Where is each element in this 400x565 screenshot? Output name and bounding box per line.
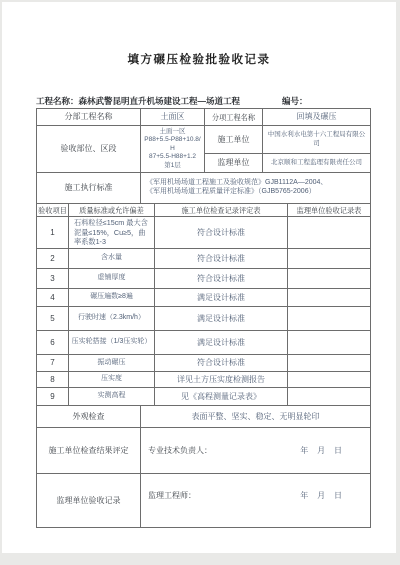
item-standard: 行驶时速（2.3km/h） [69,307,155,331]
item-record: 符合设计标准 [155,269,288,289]
items-header-standard: 质量标准或允许偏差 [69,204,155,217]
paper-sheet: 填方碾压检验批验收记录 工程名称：森林武警昆明直升机场建设工程—场道工程 编号：… [2,2,396,553]
item-standard: 含水量 [69,249,155,269]
footer-table: 外观检查 表面平整、坚实、稳定、无明显轮印 施工单位检查结果评定 专业技术负责人… [36,405,371,528]
item-standard: 压实度 [69,372,155,388]
item-no: 4 [37,289,69,307]
item-standard: 石料粒径≤15cm 最大含泥量≤15%，Cu≥5，曲率系数1-3 [69,217,155,249]
item-record: 符合设计标准 [155,217,288,249]
supervisor-sign-cell: 监理工程师： 年 月 日 [141,474,371,528]
standard-value-cell: 《军用机场场道工程施工及验收规范》GJB1112A—2004、 《军用机场场道工… [141,173,371,204]
table-row: 2 含水量 符合设计标准 [37,249,371,269]
appearance-value-cell: 表面平整、坚实、稳定、无明显轮印 [141,406,371,428]
subdivision-value-cell: 土面区 [141,109,205,126]
item-record: 满足设计标准 [155,289,288,307]
table-row: 5 行驶时速（2.3km/h） 满足设计标准 [37,307,371,331]
item-supervision [288,355,371,372]
table-row: 3 虚铺厚度 符合设计标准 [37,269,371,289]
number-label: 编号： [282,95,370,107]
table-row: 9 实测高程 见《高程测量记录表》 [37,388,371,406]
item-standard: 振动碾压 [69,355,155,372]
item-supervision [288,249,371,269]
item-supervision [288,372,371,388]
items-header-no: 验收项目 [37,204,69,217]
item-value-cell: 回填及碾压 [263,109,371,126]
item-standard: 碾压遍数≥8遍 [69,289,155,307]
item-supervision [288,388,371,406]
document-page: { "page": { "title": "填方碾压检验批验收记录", "pro… [0,0,400,565]
contractor-value-cell: 中国水利水电第十六工程局有限公司 [263,126,371,154]
supervisor-date-placeholder: 年 月 日 [300,491,342,501]
item-supervision [288,289,371,307]
supervisor-label-cell: 监理单位 [205,154,263,173]
item-label-cell: 分项工程名称 [205,109,263,126]
item-standard: 虚铺厚度 [69,269,155,289]
item-record: 满足设计标准 [155,331,288,355]
form-tables: 分部工程名称 土面区 分项工程名称 回填及碾压 验收部位、区段 土面一区 P88… [36,108,370,528]
subdivision-label-cell: 分部工程名称 [37,109,141,126]
contractor-sign-label: 专业技术负责人： [148,446,212,456]
appearance-label-cell: 外观检查 [37,406,141,428]
standard-label-cell: 施工执行标准 [37,173,141,204]
item-record: 符合设计标准 [155,249,288,269]
supervisor-value-cell: 北京顺和工程监理有限责任公司 [263,154,371,173]
item-supervision [288,331,371,355]
item-record: 详见土方压实度检测报告 [155,372,288,388]
item-standard: 实测高程 [69,388,155,406]
item-record: 满足设计标准 [155,307,288,331]
contractor-sign-cell: 专业技术负责人： 年 月 日 [141,428,371,474]
table-row: 6 压实轮搭接（1/3压实轮） 满足设计标准 [37,331,371,355]
items-header-supervision: 监理单位验收记录表 [288,204,371,217]
contractor-label-cell: 施工单位 [205,126,263,154]
meta-line: 工程名称：森林武警昆明直升机场建设工程—场道工程 编号： [36,95,370,107]
table-row: 1 石料粒径≤15cm 最大含泥量≤15%，Cu≥5，曲率系数1-3 符合设计标… [37,217,371,249]
supervisor-record-label-cell: 监理单位验收记录 [37,474,141,528]
item-supervision [288,269,371,289]
item-no: 3 [37,269,69,289]
project-name-value: 森林武警昆明直升机场建设工程—场道工程 [79,96,241,106]
table-row: 8 压实度 详见土方压实度检测报告 [37,372,371,388]
item-no: 2 [37,249,69,269]
item-no: 9 [37,388,69,406]
item-no: 7 [37,355,69,372]
project-name-label: 工程名称： [36,96,79,106]
item-no: 6 [37,331,69,355]
items-table: 验收项目 质量标准或允许偏差 施工单位检查记录评定表 监理单位验收记录表 1 石… [36,203,371,406]
section-label-cell: 验收部位、区段 [37,126,141,173]
info-table: 分部工程名称 土面区 分项工程名称 回填及碾压 验收部位、区段 土面一区 P88… [36,108,371,204]
supervisor-sign-label: 监理工程师： [148,491,196,501]
section-value-cell: 土面一区 P88+5.5-P88+10.8/H 87+5.5-H88+1.2 第… [141,126,205,173]
item-supervision [288,217,371,249]
table-row: 4 碾压遍数≥8遍 满足设计标准 [37,289,371,307]
item-no: 5 [37,307,69,331]
contractor-date-placeholder: 年 月 日 [300,446,342,456]
item-record: 符合设计标准 [155,355,288,372]
item-record: 见《高程测量记录表》 [155,388,288,406]
items-header-record: 施工单位检查记录评定表 [155,204,288,217]
table-row: 7 振动碾压 符合设计标准 [37,355,371,372]
item-supervision [288,307,371,331]
item-standard: 压实轮搭接（1/3压实轮） [69,331,155,355]
project-name-line: 工程名称：森林武警昆明直升机场建设工程—场道工程 [36,95,282,107]
document-title: 填方碾压检验批验收记录 [2,51,396,67]
item-no: 1 [37,217,69,249]
contractor-result-label-cell: 施工单位检查结果评定 [37,428,141,474]
item-no: 8 [37,372,69,388]
